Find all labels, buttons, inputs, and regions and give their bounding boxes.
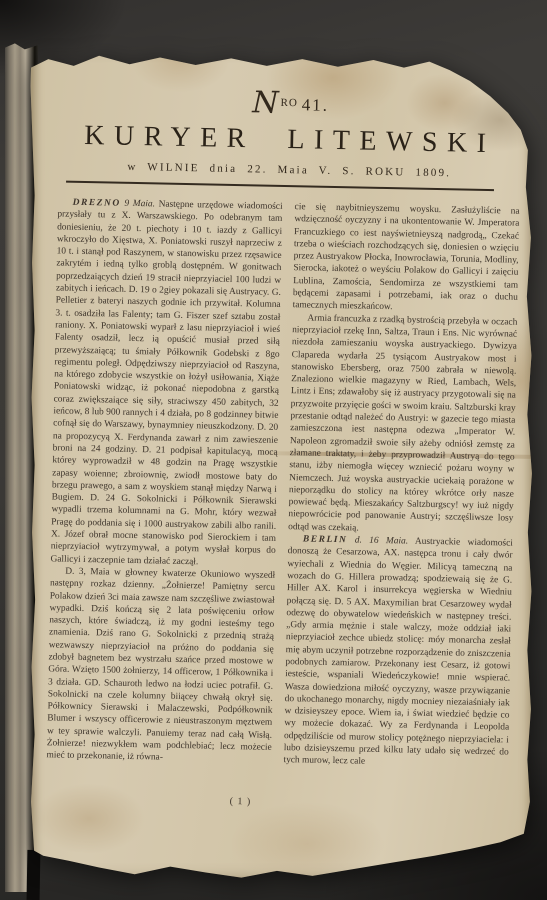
newspaper-page: NRO41. KURYER LITEWSKI w WILNIE dnia 22.… xyxy=(28,44,536,886)
dateline: w WILNIE dnia 22. Maia V. S. ROKU 1809. xyxy=(58,159,520,180)
paragraph-dateline-date: d. 16 Maia. xyxy=(347,535,408,546)
issue-script-letter: N xyxy=(252,85,280,121)
paragraph: D. 3, Maia w głowney kwaterze Okuniowo w… xyxy=(46,565,275,766)
paragraph-dateline-date: 9 Maia. xyxy=(121,199,155,210)
scanned-newspaper-photo: { "colors": { "paper": "#d3c6a9", "ink":… xyxy=(0,0,547,900)
page-content: NRO41. KURYER LITEWSKI w WILNIE dnia 22.… xyxy=(46,81,522,812)
issue-superscript: RO xyxy=(280,97,298,109)
masthead-rule xyxy=(66,181,494,192)
paragraph-dateline-city: BERLIN xyxy=(303,534,348,545)
issue-number-line: NRO41. xyxy=(59,81,522,124)
text-columns: DREZNO 9 Maia. Następne urzędowe wiadomo… xyxy=(46,196,520,799)
newspaper-title: KURYER LITEWSKI xyxy=(59,119,522,160)
paper-shadow-wrap: NRO41. KURYER LITEWSKI w WILNIE dnia 22.… xyxy=(0,0,547,900)
paragraph-dateline-city: DREZNO xyxy=(73,198,121,209)
paragraph: DREZNO 9 Maia. Następne urzędowe wiadomo… xyxy=(50,196,282,569)
paragraph: Armia francuzka z rzadką bystrością prze… xyxy=(288,312,517,538)
left-column: DREZNO 9 Maia. Następne urzędowe wiadomo… xyxy=(46,196,283,794)
issue-number: 41. xyxy=(302,95,330,115)
paragraph: BERLIN d. 16 Maia. Austryackie wiadomośc… xyxy=(283,533,513,771)
right-column: cie się naybitnieyszemu woysku. Zasłużyl… xyxy=(283,201,520,799)
paragraph: cie się naybitnieyszemu woysku. Zasłużyl… xyxy=(292,201,519,316)
